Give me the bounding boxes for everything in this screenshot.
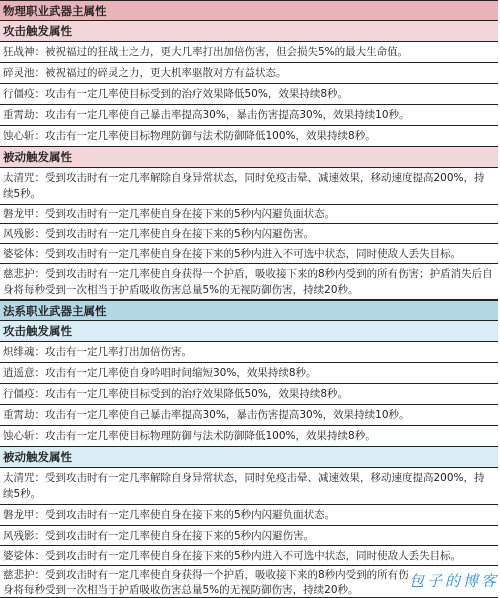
attribute-row: 蚀心斩：攻击有一定几率使目标物理防御与法术防御降低100%，效果持续8秒。: [0, 126, 498, 147]
attribute-row: 蚀心斩：攻击有一定几率使目标物理防御与法术防御降低100%，效果持续8秒。: [0, 426, 498, 447]
watermark: 包子的博客: [408, 569, 500, 593]
attribute-row: 磐龙甲：受到攻击时有一定几率使自身在接下来的5秒内闪避负面状态。: [0, 205, 498, 224]
attribute-row: 重霄劫：攻击有一定几率使自己暴击率提高30%，暴击伤害提高30%，效果持续10秒…: [0, 105, 498, 126]
attribute-row: 炽绯魂：攻击有一定几率打出加倍伤害。: [0, 342, 498, 363]
attribute-row: 太清咒：受到攻击时有一定几率解除自身异常状态，同时免疫击晕、减速效果，移动速度提…: [0, 468, 498, 505]
attribute-row: 婆娑体：受到攻击时有一定几率使自身在接下来的5秒内进入不可选中状态，同时使敌人丢…: [0, 244, 498, 264]
attribute-row: 风残影：受到攻击时有一定几率使自身在接下来的5秒内闪避伤害。: [0, 526, 498, 546]
attribute-row: 太清咒：受到攻击时有一定几率解除自身异常状态，同时免疫击晕、减速效果，移动速度提…: [0, 168, 498, 205]
attribute-row: 风残影：受到攻击时有一定几率使自身在接下来的5秒内闪避伤害。: [0, 224, 498, 244]
physical-weapon-section: 物理职业武器主属性 攻击触发属性 狂战神：被祝福过的狂战士之力，更大几率打出加倍…: [0, 0, 498, 300]
attribute-row: 行僵疫：攻击有一定几率使目标受到的治疗效果降低50%，效果持续8秒。: [0, 384, 498, 405]
attribute-row: 逍遥意：攻击有一定几率使自身吟唱时间缩短30%，效果持续8秒。: [0, 363, 498, 384]
magic-weapon-section: 法系职业武器主属性 攻击触发属性 炽绯魂：攻击有一定几率打出加倍伤害。 逍遥意：…: [0, 300, 498, 598]
group-title-passive: 被动触发属性: [0, 447, 498, 468]
group-title-attack: 攻击触发属性: [0, 321, 498, 342]
attribute-row: 慈悲护：受到攻击时有一定几率使自身获得一个护盾，吸收接下来的8秒内受到的所有伤害…: [0, 264, 498, 300]
group-title-passive: 被动触发属性: [0, 147, 498, 168]
section-title: 法系职业武器主属性: [0, 300, 498, 321]
attribute-row: 狂战神：被祝福过的狂战士之力，更大几率打出加倍伤害，但会损失5%的最大生命值。: [0, 42, 498, 63]
attribute-row: 重霄劫：攻击有一定几率使自己暴击率提高30%，暴击伤害提高30%，效果持续10秒…: [0, 405, 498, 426]
attribute-row: 行僵疫：攻击有一定几率使目标受到的治疗效果降低50%，效果持续8秒。: [0, 84, 498, 105]
group-title-attack: 攻击触发属性: [0, 21, 498, 42]
attribute-row: 碎灵池：被祝福过的碎灵之力，更大机率驱散对方有益状态。: [0, 63, 498, 84]
attribute-row: 磐龙甲：受到攻击时有一定几率使自身在接下来的5秒内闪避负面状态。: [0, 505, 498, 526]
section-title: 物理职业武器主属性: [0, 0, 498, 21]
attribute-row: 婆娑体：受到攻击时有一定几率使自身在接下来的5秒内进入不可选中状态，同时使敌人丢…: [0, 546, 498, 566]
